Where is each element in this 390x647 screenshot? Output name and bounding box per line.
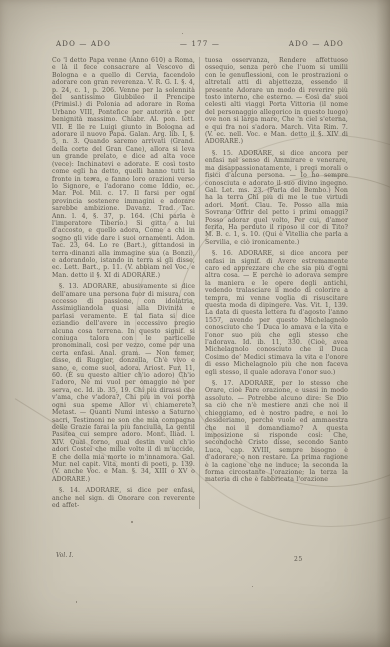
ink-speck: [182, 33, 183, 34]
text-column-right: tuosa osservanza, Rendere affettuoso oss…: [205, 57, 348, 509]
paragraph: §. 14. ADORARE, si dice per enfasi, anch…: [52, 487, 195, 509]
paragraph: §. 13. ADORARE, abusivamente si dice del…: [52, 283, 195, 483]
paragraph: Co 'l detto Papa venne (Anno 610) a Roma…: [52, 57, 195, 279]
column-divider-rule: [199, 57, 200, 509]
scanned-book-page: ADO — ADO — 177 — ADO — ADO Co 'l detto …: [0, 0, 390, 647]
running-header: ADO — ADO — 177 — ADO — ADO: [56, 40, 344, 48]
header-right-headwords: ADO — ADO: [289, 40, 344, 48]
text-column-left: Co 'l detto Papa venne (Anno 610) a Roma…: [52, 57, 195, 509]
volume-label: Vol. I.: [56, 552, 73, 559]
ink-speck: [131, 521, 133, 523]
ink-speck: [76, 601, 77, 603]
header-left-headwords: ADO — ADO: [56, 40, 111, 48]
page-number: — 177 —: [180, 40, 220, 48]
text-block: ADO — ADO — 177 — ADO — ADO Co 'l detto …: [52, 40, 348, 509]
paragraph: tuosa osservanza, Rendere affettuoso oss…: [205, 57, 348, 146]
page-footer: Vol. I. 25: [52, 548, 348, 562]
paragraph: §. 16. ADORARE, si dice ancora per enfas…: [205, 250, 348, 376]
two-column-text: Co 'l detto Papa venne (Anno 610) a Roma…: [52, 57, 348, 509]
scan-edge-shadow-right: [376, 0, 390, 647]
scan-edge-shadow-bottom: [0, 631, 390, 647]
ink-speck: [252, 586, 253, 587]
paragraph: §. 17. ADORARE, per lo stesso che Orare,…: [205, 380, 348, 484]
signature-number: 25: [294, 556, 303, 563]
paragraph: §. 15. ADORARE, si dice ancora per enfas…: [205, 150, 348, 246]
